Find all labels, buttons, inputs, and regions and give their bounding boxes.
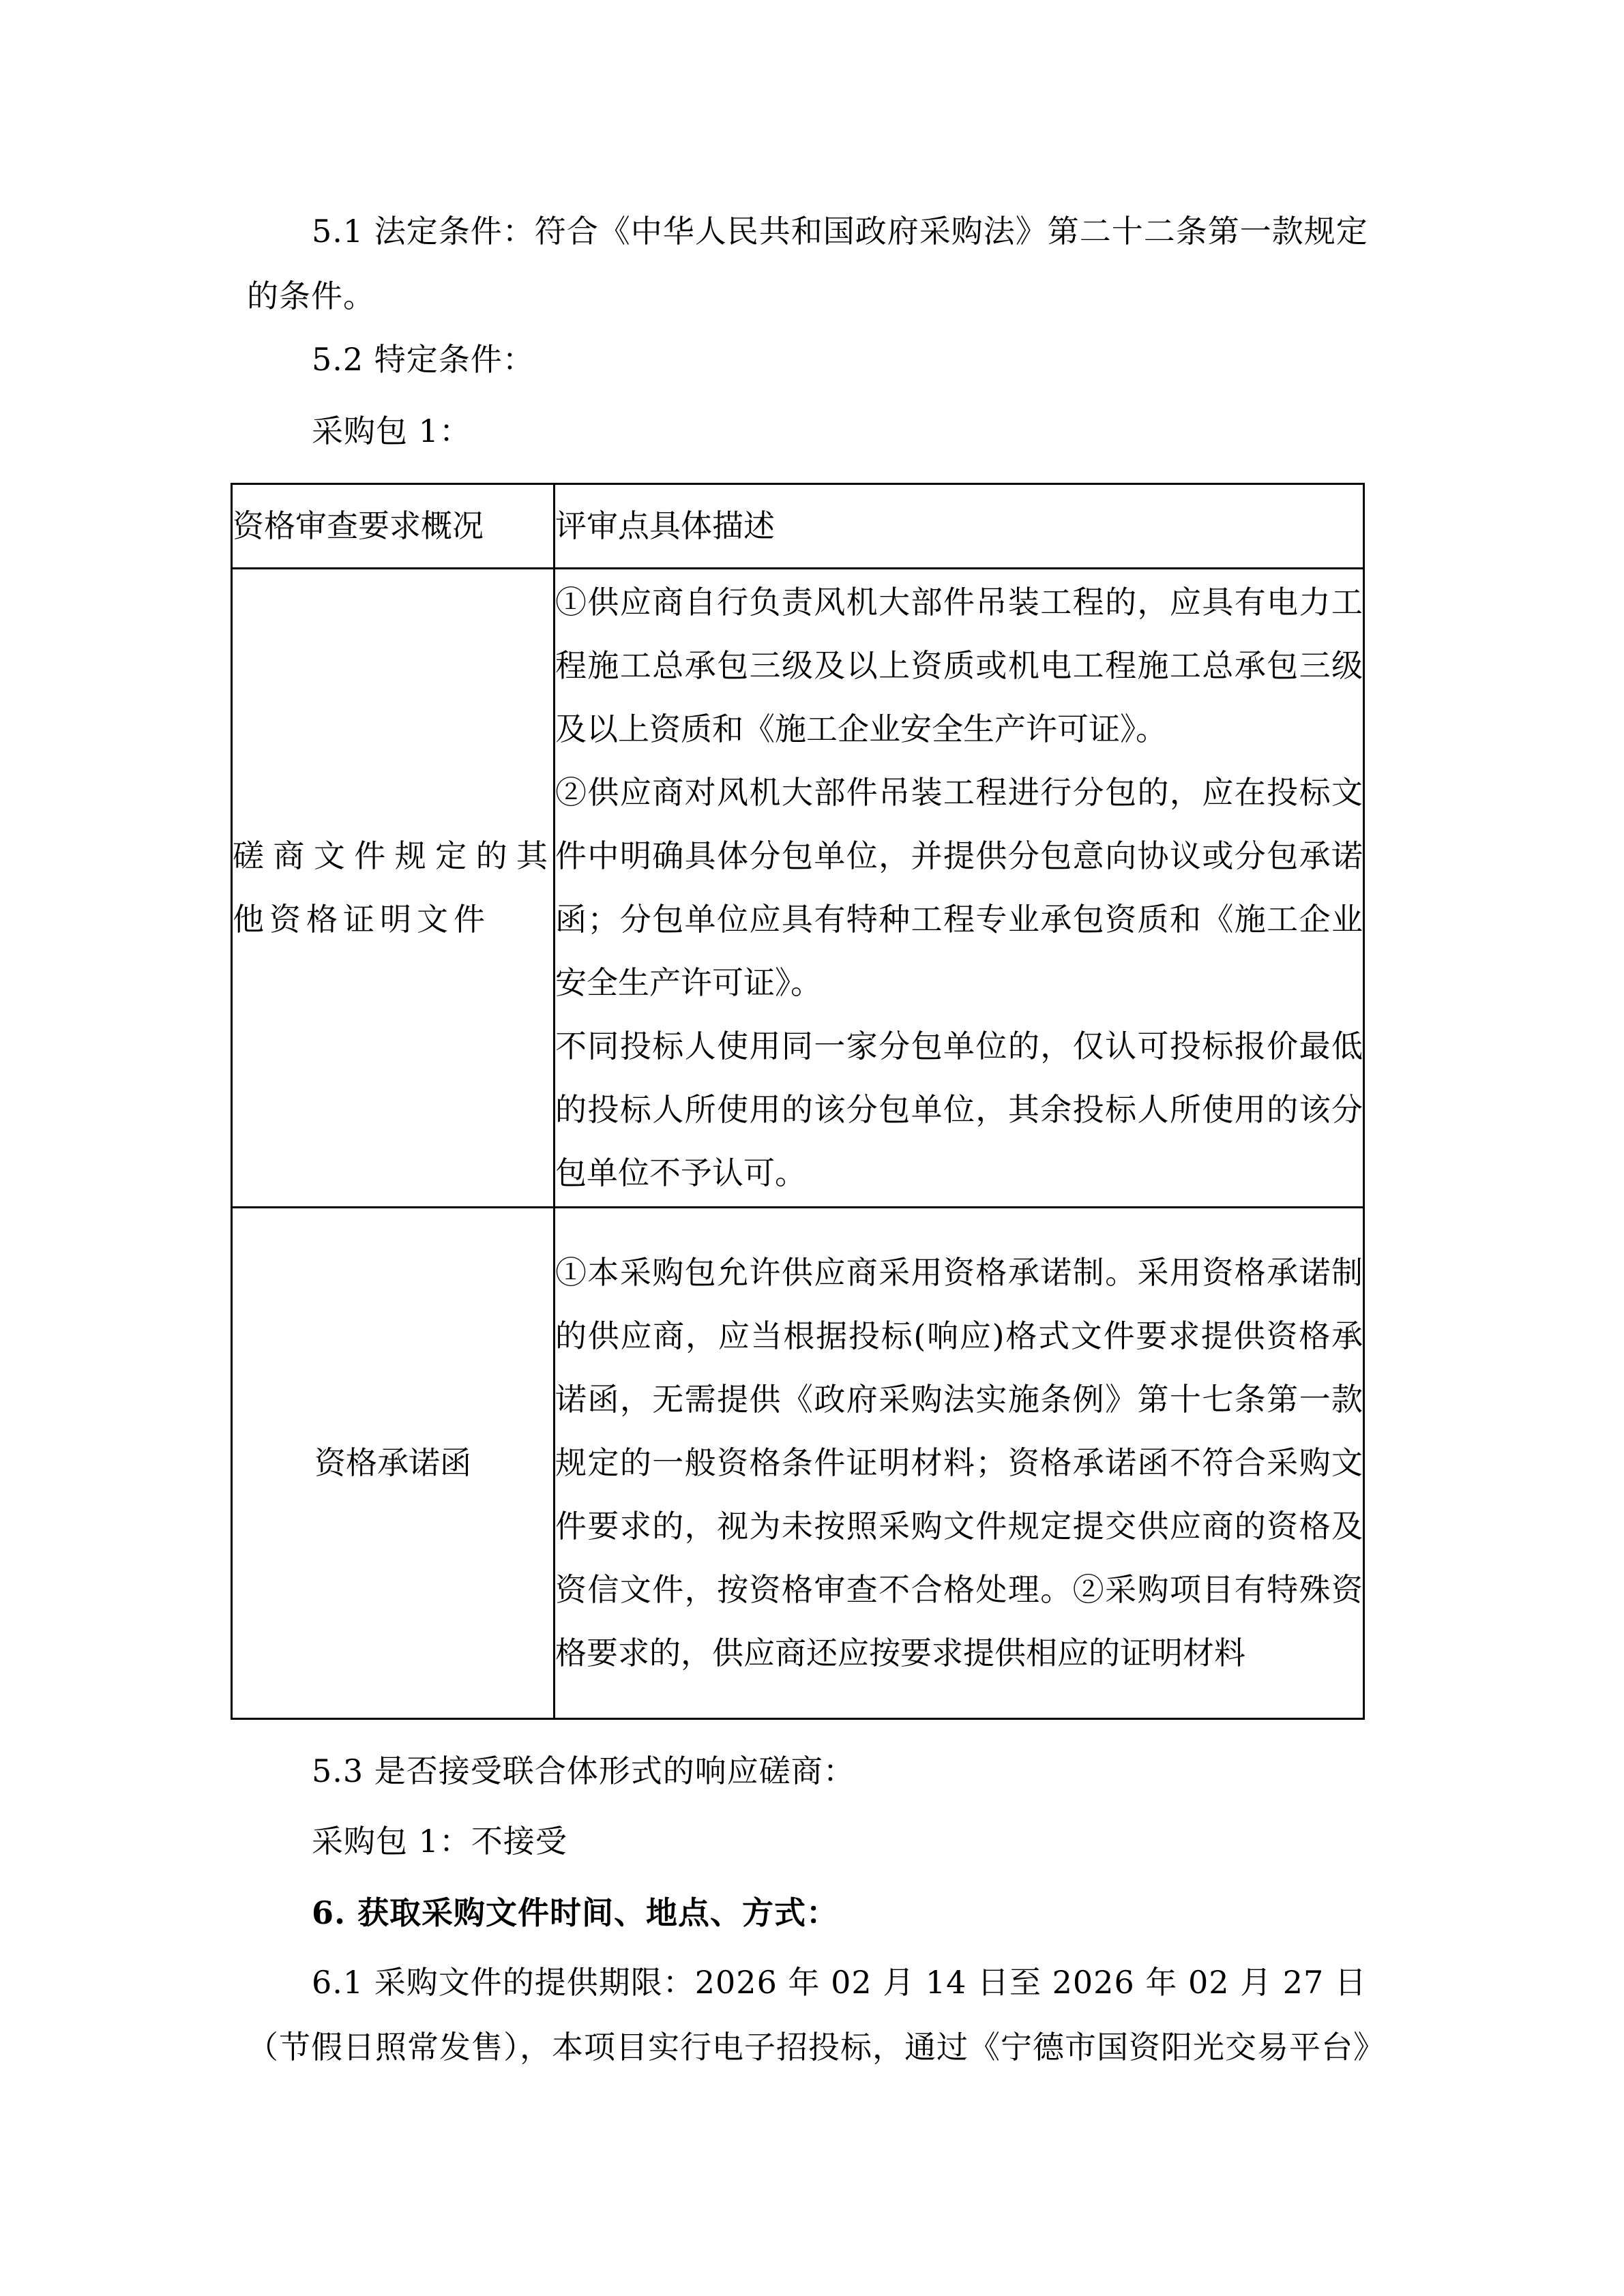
description-item: ①本采购包允许供应商采用资格承诺制。采用资格承诺制的供应商，应当根据投标(响应)… [555, 1241, 1363, 1685]
paragraph-5-2: 5.2 特定条件： [247, 327, 1393, 392]
header-requirement: 资格审查要求概况 [232, 484, 555, 569]
description-cell: ①本采购包允许供应商采用资格承诺制。采用资格承诺制的供应商，应当根据投标(响应)… [555, 1208, 1364, 1719]
package-label: 采购包 1： [247, 399, 1393, 464]
paragraph-5-3: 5.3 是否接受联合体形式的响应磋商： [247, 1739, 1393, 1804]
document-page: 5.1 法定条件：符合《中华人民共和国政府采购法》第二十二条第一款规定的条件。 … [0, 0, 1624, 2296]
table-row: 资格承诺函 ①本采购包允许供应商采用资格承诺制。采用资格承诺制的供应商，应当根据… [232, 1208, 1364, 1719]
requirement-cell: 资格承诺函 [232, 1208, 555, 1719]
header-description: 评审点具体描述 [555, 484, 1364, 569]
qualification-table: 资格审查要求概况 评审点具体描述 磋商文件规定的其他资格证明文件 ①供应商自行负… [231, 483, 1365, 1720]
description-item: ①供应商自行负责风机大部件吊装工程的，应具有电力工程施工总承包三级及以上资质或机… [555, 571, 1363, 761]
paragraph-5-1: 5.1 法定条件：符合《中华人民共和国政府采购法》第二十二条第一款规定的条件。 [247, 199, 1393, 329]
description-item: 不同投标人使用同一家分包单位的，仅认可投标报价最低的投标人所使用的该分包单位，其… [555, 1015, 1363, 1205]
heading-section-6: 6. 获取采购文件时间、地点、方式： [247, 1881, 1393, 1945]
paragraph-6-1: 6.1 采购文件的提供期限：2026 年 02 月 14 日至 2026 年 0… [247, 1950, 1393, 2080]
requirement-cell: 磋商文件规定的其他资格证明文件 [232, 569, 555, 1208]
paragraph-5-3-answer: 采购包 1：不接受 [247, 1809, 1393, 1874]
table-row: 磋商文件规定的其他资格证明文件 ①供应商自行负责风机大部件吊装工程的，应具有电力… [232, 569, 1364, 1208]
table-header-row: 资格审查要求概况 评审点具体描述 [232, 484, 1364, 569]
description-item: ②供应商对风机大部件吊装工程进行分包的，应在投标文件中明确具体分包单位，并提供分… [555, 761, 1363, 1015]
description-cell: ①供应商自行负责风机大部件吊装工程的，应具有电力工程施工总承包三级及以上资质或机… [555, 569, 1364, 1208]
